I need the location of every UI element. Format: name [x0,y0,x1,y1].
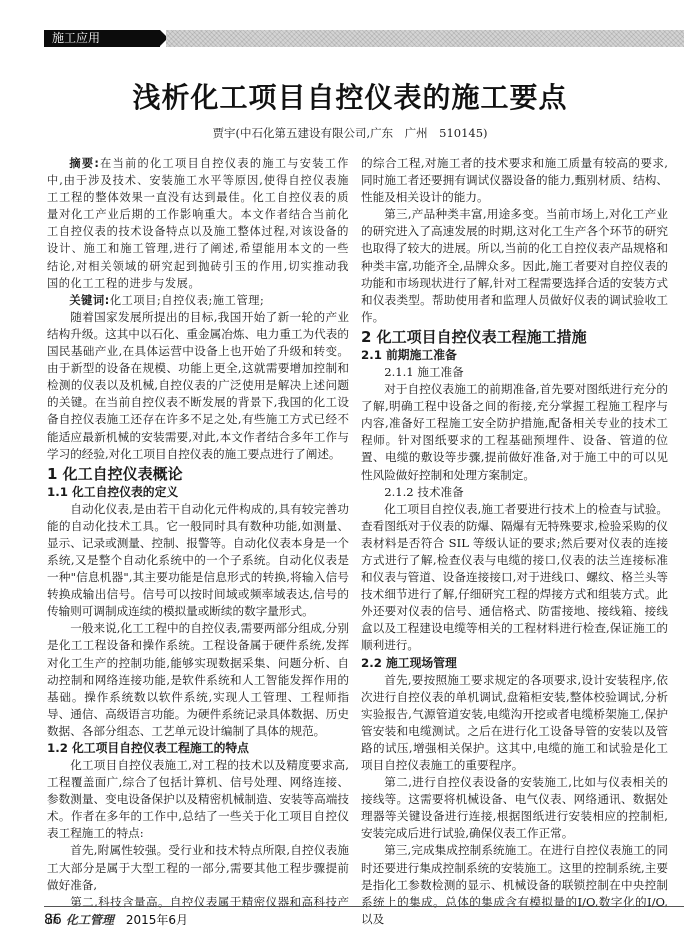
footer-divider [44,906,684,907]
body-paragraph: 第三,产品种类丰富,用途多变。当前市场上,对化工产业的研究进入了高速发展的时期,… [361,206,668,326]
body-paragraph: 首先,附属性较强。受行业和技术特点所限,自控仪表施工大部分是属于大型工程的一部分… [47,842,349,893]
issue-date: 2015年6月 [126,911,188,928]
decorative-texture-band [166,30,684,47]
subsection-heading: 2.1 前期施工准备 [361,347,668,364]
body-paragraph: 对于自控仪表施工的前期准备,首先要对图纸进行充分的了解,明确工程中设备之间的衔接… [361,381,668,484]
right-column: 的综合工程,对施工者的技术要求和施工质量有较高的要求,同时施工者还要拥有调试仪器… [361,155,668,928]
keywords-label: 关键词: [69,294,109,307]
abstract-label: 摘要: [69,157,99,170]
subsection-heading: 1.2 化工项目自控仪表工程施工的特点 [47,740,349,757]
intro-paragraph: 随着国家发展所提出的目标,我国开始了新一轮的产业结构升级。这其中以石化、重金属冶… [47,309,349,463]
keywords: 关键词:化工项目;自控仪表;施工管理; [47,292,349,309]
body-paragraph: 自动化仪表,是由若干自动化元件构成的,具有较完善功能的自动化技术工具。它一般同时… [47,501,349,621]
body-paragraph: 第二,进行自控仪表设备的安装施工,比如与仪表相关的接线等。这需要将机械设备、电气… [361,774,668,842]
abstract: 摘要:在当前的化工项目自控仪表的施工与安装工作中,由于涉及技术、安装施工水平等原… [47,155,349,292]
left-column: 摘要:在当前的化工项目自控仪表的施工与安装工作中,由于涉及技术、安装施工水平等原… [47,155,349,928]
body-paragraph: 一般来说,化工工程中的自控仪表,需要两部分组成,分别是化工工程设备和操作系统。工… [47,620,349,740]
subsubsection-heading: 2.1.1 施工准备 [361,364,668,381]
subsubsection-heading: 2.1.2 技术准备 [361,484,668,501]
subsection-heading: 2.2 施工现场管理 [361,655,668,672]
article-title: 浅析化工项目自控仪表的施工要点 [0,76,700,116]
body-paragraph: 化工项目自控仪表施工,对工程的技术以及精度要求高,工程覆盖面广,综合了包括计算机… [47,757,349,842]
journal-name: 化工管理 [66,911,114,928]
body-paragraph: 第三,完成集成控制系统施工。在进行自控仪表施工的同时还要进行集成控制系统的安装施… [361,842,668,927]
body-paragraph: 首先,要按照施工要求规定的各项要求,设计安装程序,依次进行自控仪表的单机调试,盘… [361,672,668,775]
section-heading: 2 化工项目自控仪表工程施工措施 [361,327,668,347]
section-heading: 1 化工自控仪表概论 [47,464,349,484]
section-tag: 施工应用 [44,30,160,47]
abstract-text: 在当前的化工项目自控仪表的施工与安装工作中,由于涉及技术、安装施工水平等原因,使… [47,157,349,290]
section-header-bar: 施工应用 [44,30,684,47]
keywords-text: 化工项目;自控仪表;施工管理; [110,294,265,307]
body-paragraph: 化工项目自控仪表,施工者要进行技术上的检查与试验。查看图纸对于仪表的防爆、隔爆有… [361,501,668,655]
page-number: 86 [44,912,62,928]
page-footer: 86 化工管理 2015年6月 [44,911,188,928]
body-paragraph-continued: 的综合工程,对施工者的技术要求和施工质量有较高的要求,同时施工者还要拥有调试仪器… [361,155,668,206]
author-affiliation: 贾宇(中石化第五建设有限公司,广东 广州 510145) [0,125,700,141]
subsection-heading: 1.1 化工自控仪表的定义 [47,484,349,501]
